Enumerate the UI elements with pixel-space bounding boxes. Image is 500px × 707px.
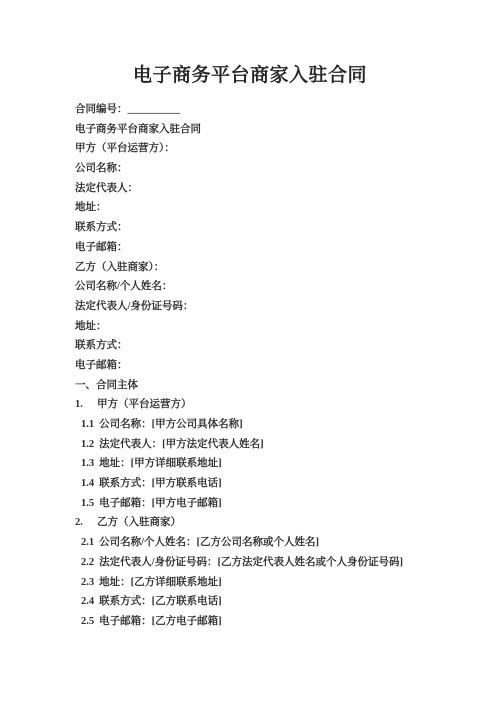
document-body: 合同编号：__________ 电子商务平台商家入驻合同 甲方（平台运营方）： … xyxy=(75,100,490,632)
intro-line-address-b: 地址： xyxy=(75,317,490,337)
intro-line-address: 地址： xyxy=(75,198,490,218)
list-item-text: 联系方式：[甲方联系电话] xyxy=(99,478,222,489)
list-item-number: 2.1 xyxy=(81,533,94,553)
list-item-1-3: 1.3地址：[甲方详细联系地址] xyxy=(75,454,490,474)
document-title: 电子商务平台商家入驻合同 xyxy=(0,60,500,87)
intro-line-company-name: 公司名称： xyxy=(75,159,490,179)
list-item-text: 甲方（平台运营方） xyxy=(97,399,192,410)
list-item-2: 2.乙方（入驻商家） xyxy=(75,513,490,533)
list-item-text: 电子邮箱：[乙方电子邮箱] xyxy=(99,616,222,627)
intro-line-legal-rep: 法定代表人： xyxy=(75,179,490,199)
contract-number-label: 合同编号： xyxy=(75,104,128,115)
list-item-2-1: 2.1公司名称/个人姓名：[乙方公司名称或个人姓名] xyxy=(75,533,490,553)
list-item-text: 电子邮箱：[甲方电子邮箱] xyxy=(99,498,222,509)
list-item-number: 1.1 xyxy=(81,415,94,435)
list-item-text: 地址：[乙方详细联系地址] xyxy=(99,577,222,588)
list-item-number: 1.5 xyxy=(81,494,94,514)
list-item-number: 1. xyxy=(75,395,97,415)
list-item-text: 公司名称：[甲方公司具体名称] xyxy=(99,419,243,430)
list-item-1-2: 1.2法定代表人：[甲方法定代表人姓名] xyxy=(75,435,490,455)
intro-line-contact: 联系方式： xyxy=(75,218,490,238)
intro-line-company-or-person: 公司名称/个人姓名： xyxy=(75,277,490,297)
intro-line-contact-b: 联系方式： xyxy=(75,336,490,356)
list-item-text: 地址：[甲方详细联系地址] xyxy=(99,458,222,469)
list-item-1: 1.甲方（平台运营方） xyxy=(75,395,490,415)
list-item-text: 公司名称/个人姓名：[乙方公司名称或个人姓名] xyxy=(99,537,319,548)
list-item-1-4: 1.4联系方式：[甲方联系电话] xyxy=(75,474,490,494)
intro-line-email: 电子邮箱： xyxy=(75,238,490,258)
list-item-text: 联系方式：[乙方联系电话] xyxy=(99,596,222,607)
list-item-text: 法定代表人/身份证号码：[乙方法定代表人姓名或个人身份证号码] xyxy=(99,557,403,568)
list-item-2-5: 2.5电子邮箱：[乙方电子邮箱] xyxy=(75,612,490,632)
list-item-number: 2.5 xyxy=(81,612,94,632)
list-item-number: 1.4 xyxy=(81,474,94,494)
intro-line-legal-rep-or-id: 法定代表人/身份证号码： xyxy=(75,297,490,317)
list-item-number: 1.2 xyxy=(81,435,94,455)
intro-line-subtitle: 电子商务平台商家入驻合同 xyxy=(75,120,490,140)
intro-line-email-b: 电子邮箱： xyxy=(75,356,490,376)
contract-number-blank: __________ xyxy=(128,104,181,115)
list-item-number: 2. xyxy=(75,513,97,533)
section-heading-parties: 一、合同主体 xyxy=(75,376,490,396)
list-item-2-4: 2.4联系方式：[乙方联系电话] xyxy=(75,592,490,612)
intro-line-party-b: 乙方（入驻商家）： xyxy=(75,258,490,278)
list-item-1-1: 1.1公司名称：[甲方公司具体名称] xyxy=(75,415,490,435)
list-item-number: 2.3 xyxy=(81,573,94,593)
list-item-number: 1.3 xyxy=(81,454,94,474)
list-item-number: 2.2 xyxy=(81,553,94,573)
contract-number-line: 合同编号：__________ xyxy=(75,100,490,120)
list-item-text: 法定代表人：[甲方法定代表人姓名] xyxy=(99,439,264,450)
intro-line-party-a: 甲方（平台运营方）： xyxy=(75,139,490,159)
contract-document-page: 电子商务平台商家入驻合同 合同编号：__________ 电子商务平台商家入驻合… xyxy=(0,0,500,707)
list-item-1-5: 1.5电子邮箱：[甲方电子邮箱] xyxy=(75,494,490,514)
list-item-2-2: 2.2法定代表人/身份证号码：[乙方法定代表人姓名或个人身份证号码] xyxy=(75,553,490,573)
list-item-number: 2.4 xyxy=(81,592,94,612)
list-item-text: 乙方（入驻商家） xyxy=(97,517,181,528)
list-item-2-3: 2.3地址：[乙方详细联系地址] xyxy=(75,573,490,593)
